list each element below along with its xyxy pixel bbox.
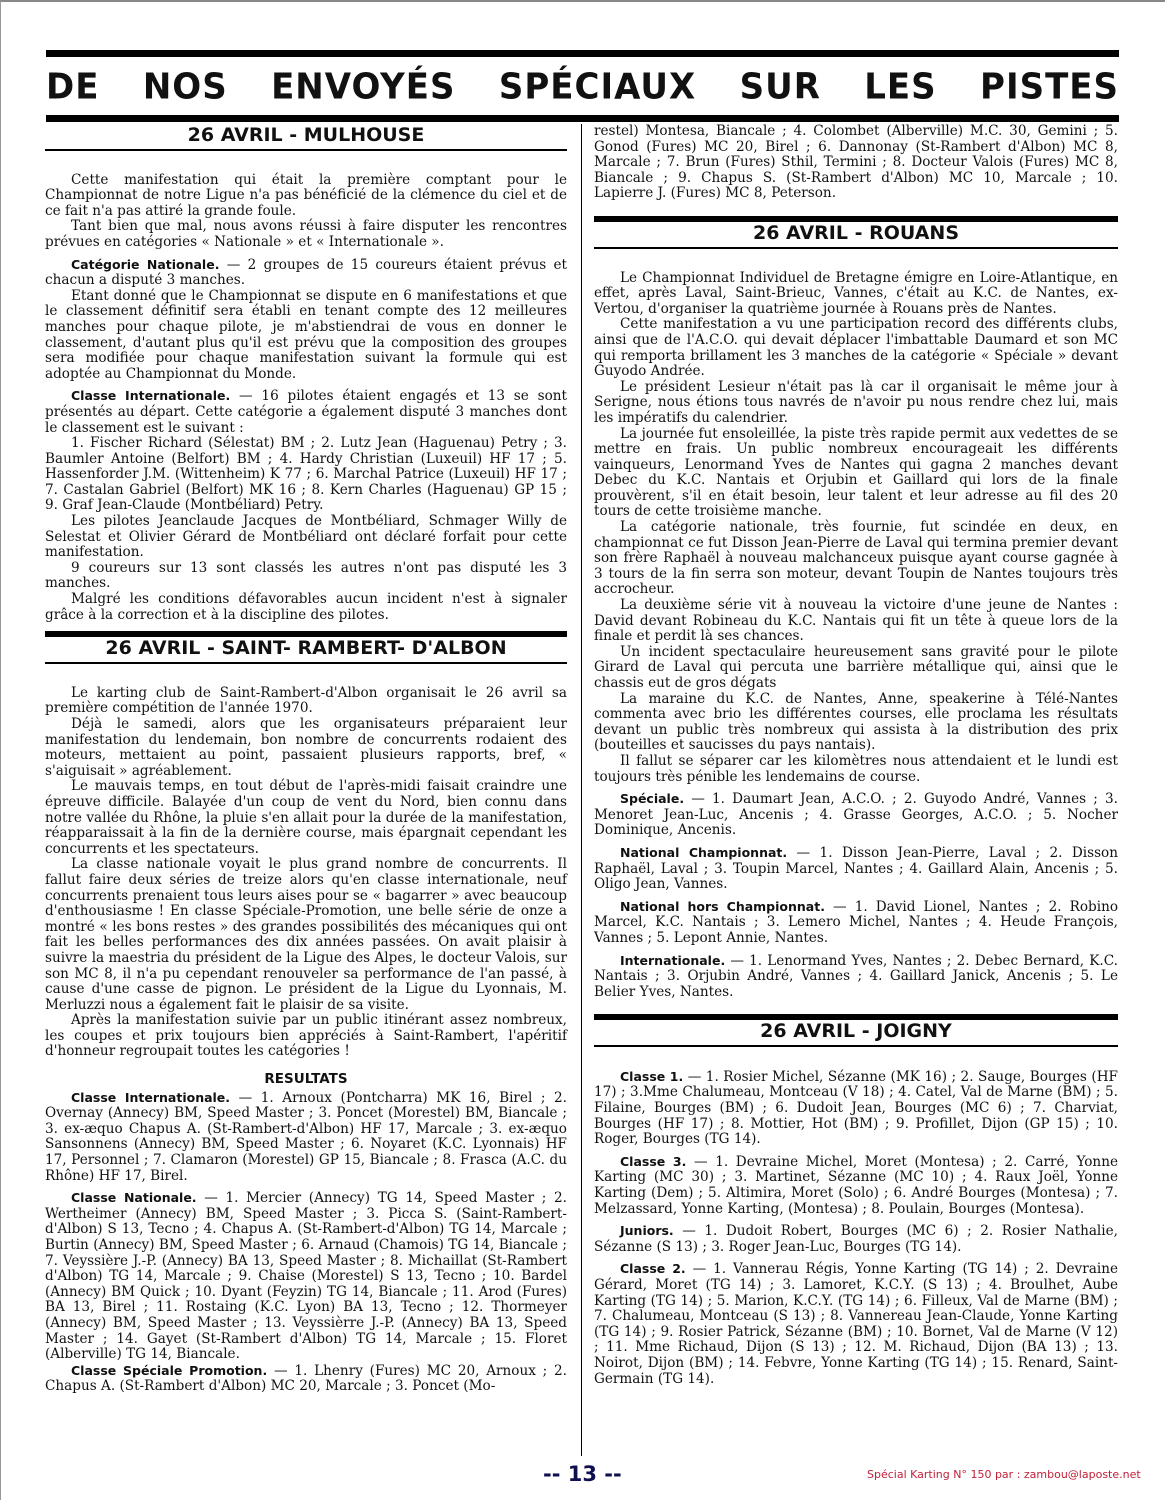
paragraph: Il fallut se séparer car les kilomètres …: [594, 754, 1118, 785]
result-paragraph: Classe Internationale. — 1. Arnoux (Pont…: [45, 1090, 567, 1185]
paragraph: La journée fut ensoleillée, la piste trè…: [594, 427, 1118, 521]
result-paragraph: National hors Championnat. — 1. David Li…: [594, 899, 1118, 947]
page-title: DE NOS ENVOYÉS SPÉCIAUX SUR LES PISTES: [46, 56, 1119, 117]
paragraph: Tant bien que mal, nous avons réussi à f…: [45, 219, 567, 250]
result-paragraph: Classe Internationale. — 16 pilotes étai…: [45, 388, 567, 436]
result-paragraph: Internationale. — 1. Lenormand Yves, Nan…: [594, 953, 1118, 1001]
category-label: Classe 1.: [620, 1069, 683, 1084]
section-title: 26 AVRIL - MULHOUSE: [45, 124, 567, 149]
category-label: Internationale.: [620, 953, 725, 968]
paragraph: Le mauvais temps, en tout début de l'apr…: [45, 779, 567, 857]
right-column: restel) Montesa, Biancale ; 4. Colombet …: [594, 124, 1118, 1387]
section-header: 26 AVRIL - JOIGNY: [594, 1014, 1118, 1047]
paragraph: Le président Lesieur n'était pas là car …: [594, 380, 1118, 427]
results-list: 1. Fischer Richard (Sélestat) BM ; 2. Lu…: [45, 436, 567, 514]
paragraph: Le karting club de Saint-Rambert-d'Albon…: [45, 686, 567, 717]
category-label: Classe Spéciale Promotion.: [71, 1363, 267, 1378]
paragraph: Le Championnat Individuel de Bretagne ém…: [594, 271, 1118, 318]
article-saint-rambert: 26 AVRIL - SAINT- RAMBERT- D'ALBON Le ka…: [45, 631, 567, 1395]
paragraph: Etant donné que le Championnat se disput…: [45, 289, 567, 383]
category-label: Classe Internationale.: [71, 388, 230, 403]
result-paragraph: Catégorie Nationale. — 2 groupes de 15 c…: [45, 257, 567, 289]
article-rouans: 26 AVRIL - ROUANS Le Championnat Individ…: [594, 216, 1118, 1000]
result-paragraph: Juniors. — 1. Dudoit Robert, Bourges (MC…: [594, 1223, 1118, 1255]
paragraph: Malgré les conditions défavorables aucun…: [45, 592, 567, 623]
section-rule: [594, 1045, 1118, 1047]
continued-results: restel) Montesa, Biancale ; 4. Colombet …: [594, 124, 1118, 202]
paragraph: Les pilotes Jeanclaude Jacques de Montbé…: [45, 514, 567, 561]
section-title: 26 AVRIL - SAINT- RAMBERT- D'ALBON: [45, 637, 567, 662]
paragraph: Cette manifestation a vu une participati…: [594, 317, 1118, 379]
section-rule: [45, 149, 567, 151]
section-rule: [45, 662, 567, 664]
result-paragraph: Spéciale. — 1. Daumart Jean, A.C.O. ; 2.…: [594, 791, 1118, 839]
result-paragraph: Classe Spéciale Promotion. — 1. Lhenry (…: [45, 1363, 567, 1395]
paragraph: La classe nationale voyait le plus grand…: [45, 857, 567, 1013]
result-paragraph: Classe Nationale. — 1. Mercier (Annecy) …: [45, 1190, 567, 1363]
result-paragraph: Classe 1. — 1. Rosier Michel, Sézanne (M…: [594, 1069, 1118, 1148]
page-number: -- 13 --: [543, 1462, 622, 1486]
category-label: Catégorie Nationale.: [71, 257, 219, 272]
section-title: 26 AVRIL - JOIGNY: [594, 1020, 1118, 1045]
category-label: National hors Championnat.: [620, 899, 825, 914]
section-header: 26 AVRIL - ROUANS: [594, 216, 1118, 249]
paragraph: La deuxième série vit à nouveau la victo…: [594, 598, 1118, 645]
category-label: Classe 2.: [620, 1261, 686, 1276]
category-label: Classe Internationale.: [71, 1090, 230, 1105]
category-label: Juniors.: [620, 1223, 674, 1238]
left-column: 26 AVRIL - MULHOUSE Cette manifestation …: [45, 124, 567, 1395]
paragraph: Déjà le samedi, alors que les organisate…: [45, 717, 567, 779]
paragraph: Cette manifestation qui était la premièr…: [45, 173, 567, 220]
result-paragraph: Classe 2. — 1. Vannerau Régis, Yonne Kar…: [594, 1261, 1118, 1387]
section-rule: [594, 247, 1118, 249]
masthead: DE NOS ENVOYÉS SPÉCIAUX SUR LES PISTES: [46, 50, 1119, 122]
paragraph: La maraine du K.C. de Nantes, Anne, spea…: [594, 692, 1118, 754]
column-divider: [581, 124, 582, 1456]
paragraph: Un incident spectaculaire heureusement s…: [594, 645, 1118, 692]
category-label: National Championnat.: [620, 845, 787, 860]
paragraph: Après la manifestation suivie par un pub…: [45, 1013, 567, 1060]
paragraph: 9 coureurs sur 13 sont classés les autre…: [45, 561, 567, 592]
section-header: 26 AVRIL - SAINT- RAMBERT- D'ALBON: [45, 631, 567, 664]
category-label: Classe 3.: [620, 1154, 686, 1169]
article-joigny: 26 AVRIL - JOIGNY Classe 1. — 1. Rosier …: [594, 1014, 1118, 1387]
category-label: Spéciale.: [620, 791, 684, 806]
category-label: Classe Nationale.: [71, 1190, 197, 1205]
section-title: 26 AVRIL - ROUANS: [594, 222, 1118, 247]
section-header: 26 AVRIL - MULHOUSE: [45, 124, 567, 151]
footer-credit: Spécial Karting N° 150 par : zambou@lapo…: [867, 1468, 1141, 1481]
results-heading: RESULTATS: [45, 1072, 567, 1088]
result-paragraph: National Championnat. — 1. Disson Jean-P…: [594, 845, 1118, 893]
paragraph: La catégorie nationale, très fournie, fu…: [594, 520, 1118, 598]
article-mulhouse: 26 AVRIL - MULHOUSE Cette manifestation …: [45, 124, 567, 623]
result-paragraph: Classe 3. — 1. Devraine Michel, Moret (M…: [594, 1154, 1118, 1217]
